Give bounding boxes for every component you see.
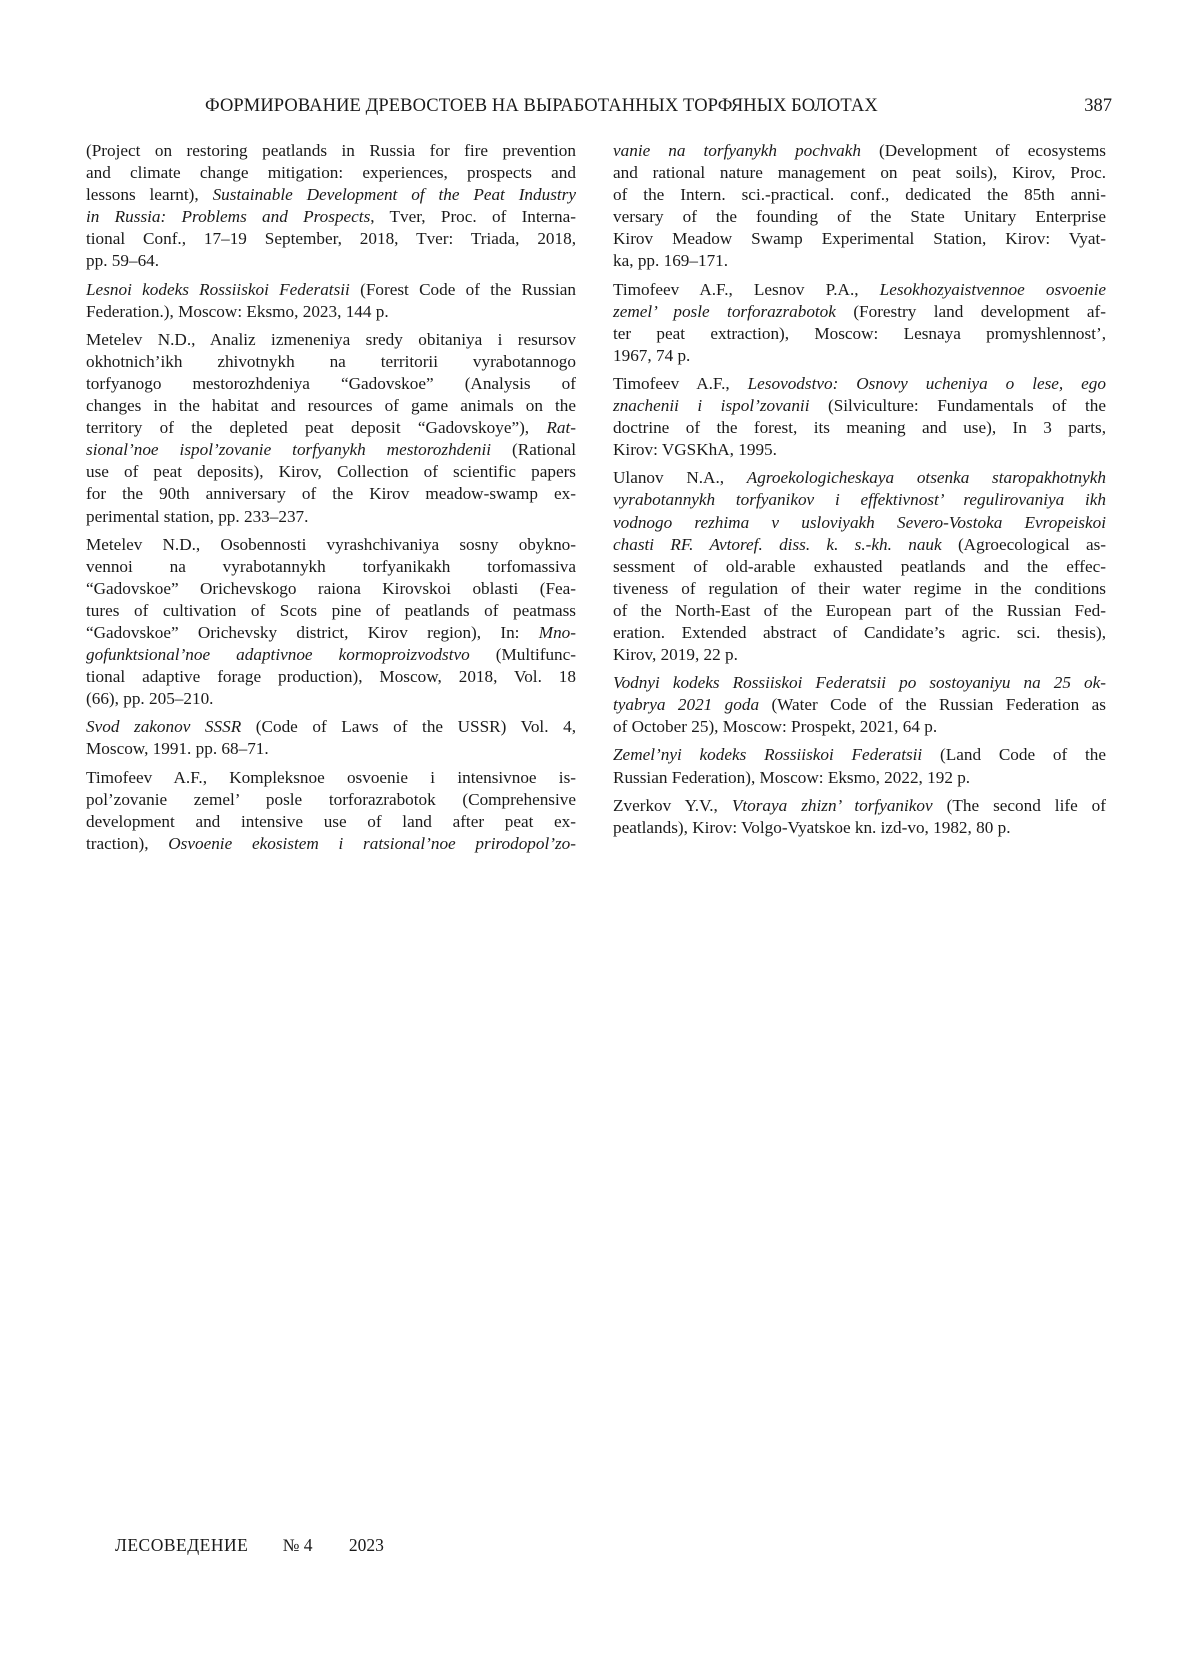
italic-title: Lesnoi kodeks Rossiiskoi Federatsii [86, 280, 350, 299]
reference-line: ter peat extraction), Moscow: Lesnaya pr… [613, 323, 1106, 345]
italic-title: gofunktsional’noe adaptivnoe kormoproizv… [86, 645, 470, 664]
reference-text: changes in the habitat and resources of … [86, 396, 576, 415]
reference-line: zemel’ posle torforazrabotok (Forestry l… [613, 301, 1106, 323]
italic-title: Agroekologicheskaya otsenka staropakhotn… [747, 468, 1106, 487]
reference-line: Kirov: VGSKhA, 1995. [613, 439, 1106, 461]
reference-text: Timofeev A.F., [613, 374, 748, 393]
italic-title: Osvoenie ekosistem i ratsional’noe priro… [168, 834, 576, 853]
reference-entry: Metelev N.D., Analiz izmeneniya sredy ob… [86, 329, 576, 528]
reference-line: (Project on restoring peatlands in Russi… [86, 140, 576, 162]
reference-text: use of peat deposits), Kirov, Collection… [86, 462, 576, 481]
reference-text: (Silviculture: Fundamentals of the [809, 396, 1106, 415]
reference-line: versary of the founding of the State Uni… [613, 206, 1106, 228]
italic-title: Zemel’nyi kodeks Rossiiskoi Federatsii [613, 745, 922, 764]
reference-line: Zemel’nyi kodeks Rossiiskoi Federatsii (… [613, 744, 1106, 766]
reference-line: for the 90th anniversary of the Kirov me… [86, 483, 576, 505]
reference-text: ka, pp. 169–171. [613, 251, 728, 270]
reference-entry: Zverkov Y.V., Vtoraya zhizn’ torfyanikov… [613, 795, 1106, 839]
reference-line: tiveness of regulation of their water re… [613, 578, 1106, 600]
reference-line: vanie na torfyanykh pochvakh (Developmen… [613, 140, 1106, 162]
reference-text: (Agroecological as- [942, 535, 1106, 554]
reference-line: “Gadovskoe” Orichevskogo raiona Kirovsko… [86, 578, 576, 600]
italic-title: Svod zakonov SSSR [86, 717, 241, 736]
reference-line: eration. Extended abstract of Candidate’… [613, 622, 1106, 644]
reference-text: (66), pp. 205–210. [86, 689, 213, 708]
reference-text: Zverkov Y.V., [613, 796, 732, 815]
reference-line: of the North-East of the European part o… [613, 600, 1106, 622]
reference-text: Timofeev A.F., Lesnov P.A., [613, 280, 880, 299]
reference-entry: Lesnoi kodeks Rossiiskoi Federatsii (For… [86, 279, 576, 323]
reference-text: sessment of old-arable exhausted peatlan… [613, 557, 1106, 576]
reference-text: (Rational [491, 440, 576, 459]
reference-line: Metelev N.D., Osobennosti vyrashchivaniy… [86, 534, 576, 556]
reference-text: , Tver, Proc. of Interna- [370, 207, 576, 226]
reference-line: Vodnyi kodeks Rossiiskoi Federatsii po s… [613, 672, 1106, 694]
reference-text: Russian Federation), Moscow: Eksmo, 2022… [613, 768, 970, 787]
reference-text: Moscow, 1991. pp. 68–71. [86, 739, 269, 758]
reference-text: Timofeev A.F., Kompleksnoe osvoenie i in… [86, 768, 576, 787]
running-head: ФОРМИРОВАНИЕ ДРЕВОСТОЕВ НА ВЫРАБОТАННЫХ … [0, 96, 1200, 124]
reference-line: Timofeev A.F., Lesnov P.A., Lesokhozyais… [613, 279, 1106, 301]
italic-title: zemel’ posle torforazrabotok [613, 302, 836, 321]
reference-entry: Zemel’nyi kodeks Rossiiskoi Federatsii (… [613, 744, 1106, 788]
reference-line: vyrabotannykh torfyanikov i effektivnost… [613, 489, 1106, 511]
reference-line: Kirov, 2019, 22 p. [613, 644, 1106, 666]
reference-text: and climate change mitigation: experienc… [86, 163, 576, 182]
italic-title: vanie na torfyanykh pochvakh [613, 141, 861, 160]
italic-title: Vodnyi kodeks Rossiiskoi Federatsii po s… [613, 673, 1106, 692]
reference-line: use of peat deposits), Kirov, Collection… [86, 461, 576, 483]
reference-line: of October 25), Moscow: Prospekt, 2021, … [613, 716, 1106, 738]
reference-text: Kirov: VGSKhA, 1995. [613, 440, 777, 459]
italic-title: in Russia: Problems and Prospects [86, 207, 370, 226]
reference-text: pol’zovanie zemel’ posle torforazrabotok… [86, 790, 576, 809]
reference-text: vennoi na vyrabotannykh torfyanikakh tor… [86, 557, 576, 576]
reference-text: (Land Code of the [922, 745, 1106, 764]
reference-entry: Vodnyi kodeks Rossiiskoi Federatsii po s… [613, 672, 1106, 738]
reference-text: of October 25), Moscow: Prospekt, 2021, … [613, 717, 937, 736]
reference-text: and rational nature management on peat s… [613, 163, 1106, 182]
reference-line: perimental station, pp. 233–237. [86, 506, 576, 528]
journal-name: ЛЕСОВЕДЕНИЕ [115, 1535, 248, 1556]
reference-text: Kirov Meadow Swamp Experimental Station,… [613, 229, 1106, 248]
reference-line: Lesnoi kodeks Rossiiskoi Federatsii (For… [86, 279, 576, 301]
reference-line: tures of cultivation of Scots pine of pe… [86, 600, 576, 622]
italic-title: Mno- [539, 623, 576, 642]
italic-title: znachenii i ispol’zovanii [613, 396, 809, 415]
reference-line: doctrine of the forest, its meaning and … [613, 417, 1106, 439]
reference-line: peatlands), Kirov: Volgo-Vyatskoe kn. iz… [613, 817, 1106, 839]
reference-entry: vanie na torfyanykh pochvakh (Developmen… [613, 140, 1106, 273]
italic-title: Sustainable Development of the Peat Indu… [213, 185, 576, 204]
page-footer: ЛЕСОВЕДЕНИЕ № 4 2023 [115, 1535, 384, 1556]
reference-line: Svod zakonov SSSR (Code of Laws of the U… [86, 716, 576, 738]
reference-text: versary of the founding of the State Uni… [613, 207, 1106, 226]
reference-line: and rational nature management on peat s… [613, 162, 1106, 184]
reference-text: territory of the depleted peat deposit “… [86, 418, 546, 437]
reference-text: peatlands), Kirov: Volgo-Vyatskoe kn. iz… [613, 818, 1011, 837]
reference-line: pp. 59–64. [86, 250, 576, 272]
reference-line: Moscow, 1991. pp. 68–71. [86, 738, 576, 760]
reference-text: Federation.), Moscow: Eksmo, 2023, 144 p… [86, 302, 389, 321]
reference-text: eration. Extended abstract of Candidate’… [613, 623, 1106, 642]
reference-line: in Russia: Problems and Prospects, Tver,… [86, 206, 576, 228]
reference-line: Ulanov N.A., Agroekologicheskaya otsenka… [613, 467, 1106, 489]
reference-text: (Project on restoring peatlands in Russi… [86, 141, 576, 160]
reference-text: traction), [86, 834, 168, 853]
reference-text: tiveness of regulation of their water re… [613, 579, 1106, 598]
reference-text: Kirov, 2019, 22 p. [613, 645, 738, 664]
reference-line: Kirov Meadow Swamp Experimental Station,… [613, 228, 1106, 250]
reference-text: lessons learnt), [86, 185, 213, 204]
running-title: ФОРМИРОВАНИЕ ДРЕВОСТОЕВ НА ВЫРАБОТАННЫХ … [205, 96, 878, 117]
reference-line: and climate change mitigation: experienc… [86, 162, 576, 184]
reference-text: Metelev N.D., Osobennosti vyrashchivaniy… [86, 535, 576, 554]
reference-line: vodnogo rezhima v usloviyakh Severo-Vost… [613, 512, 1106, 534]
reference-line: tyabrya 2021 goda (Water Code of the Rus… [613, 694, 1106, 716]
reference-text: torfyanogo mestorozhdeniya “Gadovskoe” (… [86, 374, 576, 393]
reference-entry: Timofeev A.F., Lesovodstvo: Osnovy uchen… [613, 373, 1106, 461]
italic-title: sional’noe ispol’zovanie torfyanykh mest… [86, 440, 491, 459]
italic-title: Lesovodstvo: Osnovy ucheniya o lese, ego [748, 374, 1106, 393]
reference-line: traction), Osvoenie ekosistem i ratsiona… [86, 833, 576, 855]
reference-line: okhotnich’ikh zhivotnykh na territorii v… [86, 351, 576, 373]
reference-line: vennoi na vyrabotannykh torfyanikakh tor… [86, 556, 576, 578]
reference-line: torfyanogo mestorozhdeniya “Gadovskoe” (… [86, 373, 576, 395]
reference-text: tures of cultivation of Scots pine of pe… [86, 601, 576, 620]
reference-text: (Forest Code of the Russian [350, 280, 576, 299]
page-number: 387 [1084, 96, 1112, 117]
reference-line: territory of the depleted peat deposit “… [86, 417, 576, 439]
reference-line: (66), pp. 205–210. [86, 688, 576, 710]
reference-text: development and intensive use of land af… [86, 812, 576, 831]
reference-text: for the 90th anniversary of the Kirov me… [86, 484, 576, 503]
reference-line: tional Conf., 17–19 September, 2018, Tve… [86, 228, 576, 250]
reference-entry: (Project on restoring peatlands in Russi… [86, 140, 576, 273]
italic-title: vodnogo rezhima v usloviyakh Severo-Vost… [613, 513, 1106, 532]
italic-title: Rat- [546, 418, 576, 437]
reference-text: tional Conf., 17–19 September, 2018, Tve… [86, 229, 576, 248]
reference-line: ka, pp. 169–171. [613, 250, 1106, 272]
reference-line: sional’noe ispol’zovanie torfyanykh mest… [86, 439, 576, 461]
reference-entry: Ulanov N.A., Agroekologicheskaya otsenka… [613, 467, 1106, 666]
reference-line: Timofeev A.F., Kompleksnoe osvoenie i in… [86, 767, 576, 789]
reference-line: chasti RF. Avtoref. diss. k. s.-kh. nauk… [613, 534, 1106, 556]
reference-text: okhotnich’ikh zhivotnykh na territorii v… [86, 352, 576, 371]
reference-line: znachenii i ispol’zovanii (Silviculture:… [613, 395, 1106, 417]
reference-text: “Gadovskoe” Orichevskogo raiona Kirovsko… [86, 579, 576, 598]
reference-text: doctrine of the forest, its meaning and … [613, 418, 1106, 437]
reference-text: “Gadovskoe” Orichevsky district, Kirov r… [86, 623, 539, 642]
reference-line: Federation.), Moscow: Eksmo, 2023, 144 p… [86, 301, 576, 323]
reference-text: (The second life of [933, 796, 1106, 815]
reference-line: Timofeev A.F., Lesovodstvo: Osnovy uchen… [613, 373, 1106, 395]
reference-line: 1967, 74 p. [613, 345, 1106, 367]
publication-year: 2023 [349, 1535, 384, 1556]
reference-line: gofunktsional’noe adaptivnoe kormoproizv… [86, 644, 576, 666]
reference-line: Zverkov Y.V., Vtoraya zhizn’ torfyanikov… [613, 795, 1106, 817]
reference-line: changes in the habitat and resources of … [86, 395, 576, 417]
reference-text: of the Intern. sci.-practical. conf., de… [613, 185, 1106, 204]
reference-line: of the Intern. sci.-practical. conf., de… [613, 184, 1106, 206]
reference-text: pp. 59–64. [86, 251, 159, 270]
reference-line: development and intensive use of land af… [86, 811, 576, 833]
italic-title: chasti RF. Avtoref. diss. k. s.-kh. nauk [613, 535, 942, 554]
references-column-right: vanie na torfyanykh pochvakh (Developmen… [613, 140, 1106, 845]
italic-title: Vtoraya zhizn’ torfyanikov [732, 796, 933, 815]
italic-title: Lesokhozyaistvennoe osvoenie [880, 280, 1106, 299]
reference-text: (Code of Laws of the USSR) Vol. 4, [241, 717, 576, 736]
reference-text: 1967, 74 p. [613, 346, 690, 365]
issue-number: № 4 [283, 1535, 313, 1556]
reference-entry: Timofeev A.F., Lesnov P.A., Lesokhozyais… [613, 279, 1106, 367]
reference-entry: Metelev N.D., Osobennosti vyrashchivaniy… [86, 534, 576, 711]
reference-text: (Forestry land development af- [836, 302, 1106, 321]
reference-line: sessment of old-arable exhausted peatlan… [613, 556, 1106, 578]
reference-text: (Multifunc- [470, 645, 576, 664]
reference-text: Metelev N.D., Analiz izmeneniya sredy ob… [86, 330, 576, 349]
italic-title: tyabrya 2021 goda [613, 695, 759, 714]
reference-text: (Development of ecosystems [861, 141, 1106, 160]
reference-text: ter peat extraction), Moscow: Lesnaya pr… [613, 324, 1106, 343]
reference-line: Russian Federation), Moscow: Eksmo, 2022… [613, 767, 1106, 789]
reference-line: lessons learnt), Sustainable Development… [86, 184, 576, 206]
reference-entry: Timofeev A.F., Kompleksnoe osvoenie i in… [86, 767, 576, 855]
reference-line: Metelev N.D., Analiz izmeneniya sredy ob… [86, 329, 576, 351]
reference-text: (Water Code of the Russian Federation as [759, 695, 1106, 714]
reference-line: pol’zovanie zemel’ posle torforazrabotok… [86, 789, 576, 811]
reference-line: tional adaptive forage production), Mosc… [86, 666, 576, 688]
reference-text: Ulanov N.A., [613, 468, 747, 487]
italic-title: vyrabotannykh torfyanikov i effektivnost… [613, 490, 1106, 509]
reference-text: tional adaptive forage production), Mosc… [86, 667, 576, 686]
reference-line: “Gadovskoe” Orichevsky district, Kirov r… [86, 622, 576, 644]
references-column-left: (Project on restoring peatlands in Russi… [86, 140, 576, 861]
reference-text: of the North-East of the European part o… [613, 601, 1106, 620]
reference-text: perimental station, pp. 233–237. [86, 507, 308, 526]
reference-entry: Svod zakonov SSSR (Code of Laws of the U… [86, 716, 576, 760]
